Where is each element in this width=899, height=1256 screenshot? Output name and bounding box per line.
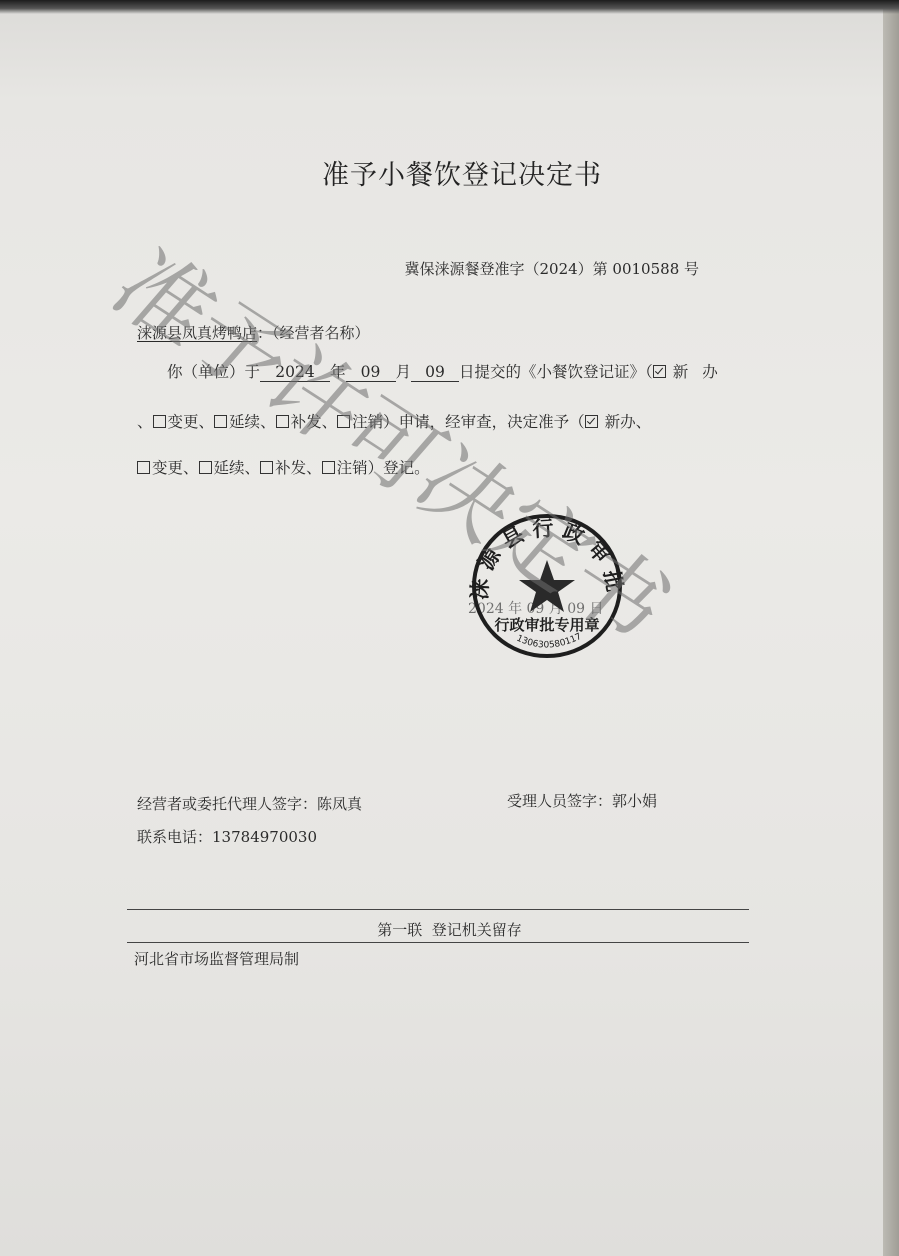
document-number: 冀保涞源餐登准字（2024）第 0010588 号 [404,258,699,279]
approved-reissue-label: 补发 [275,459,306,477]
checkbox-applied-renew [214,415,227,428]
checkbox-approved-new [585,415,598,428]
handler-name: 郭小娟 [612,792,657,810]
operator-name: 陈凤真 [317,795,362,813]
approved-new-label: 新办 [605,413,636,431]
approved-renew-label: 延续 [214,459,245,477]
approved-change-label: 变更 [152,459,183,477]
top-shadow [0,0,899,14]
sep: 、 [245,459,261,477]
checkbox-approved-renew [199,461,212,474]
copy-label: 第一联 登记机关留存 [0,919,899,940]
issuer-label: 河北省市场监督管理局制 [134,948,299,969]
contact-phone: 联系电话：13784970030 [137,826,317,847]
handler-label: 受理人员签字： [507,792,612,810]
document-title: 准予小餐饮登记决定书 [0,153,899,192]
handler-signature: 受理人员签字：郭小娟 [507,790,657,811]
sep: 、 [137,413,153,431]
applied-new-label: 新办 [673,363,732,381]
operator-signature: 经营者或委托代理人签字：陈凤真 [137,793,362,814]
operator-label: 经营者或委托代理人签字： [137,795,317,813]
divider-top [127,909,749,910]
applied-change-label: 变更 [168,413,199,431]
checkbox-applied-new [653,365,666,378]
checkbox-approved-change [137,461,150,474]
checkbox-approved-reissue [260,461,273,474]
sep: 、 [636,413,652,431]
divider-bottom [127,942,749,943]
sep: 、 [199,413,215,431]
checkbox-applied-change [153,415,166,428]
phone-label: 联系电话： [137,828,212,846]
sep: 、 [183,459,199,477]
phone-number: 13784970030 [212,828,317,846]
p1-suffix: 日提交的《小餐饮登记证》（ [459,363,653,381]
